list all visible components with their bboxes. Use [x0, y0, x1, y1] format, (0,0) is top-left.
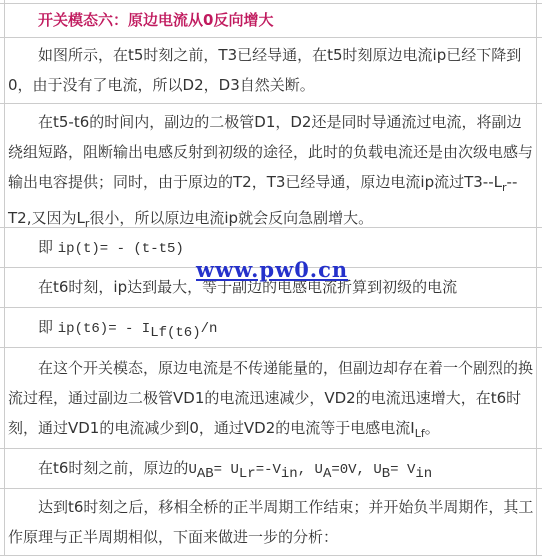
- formula-subscript: AB: [197, 466, 214, 482]
- formula-subscript: in: [415, 466, 432, 482]
- text-segment: 即: [38, 318, 58, 336]
- article-page: 开关模态六：原边电流从0反向增大 如图所示，在t5时刻之前，T3已经导通，在t5…: [0, 0, 542, 556]
- text-segment: 在t6时刻之前，原边的: [38, 459, 188, 477]
- text-segment: 很小，所以原边电流ip就会反向急剧增大。: [89, 209, 373, 227]
- text-segment: /n: [201, 321, 218, 337]
- formula-subscript: in: [281, 466, 298, 482]
- paragraph-row-2: 在t5-t6的时间内，副边的二极管D1，D2还是同时导通流过电流，将副边绕组短路…: [0, 103, 542, 227]
- text-segment: 。: [425, 419, 440, 437]
- text-segment: ip(t6)= - I: [58, 321, 150, 337]
- text-segment: = U: [214, 462, 239, 478]
- paragraph-row-4: 在这个开关模态，原边电流是不传递能量的，但副边却存在着一个剧烈的换流过程，通过副…: [0, 347, 542, 448]
- text-segment: 在这个开关模态，原边电流是不传递能量的，但副边却存在着一个剧烈的换流过程，通过副…: [8, 359, 533, 437]
- table-border-left: [4, 0, 5, 556]
- text-segment: 在t5-t6的时间内，副边的二极管D1，D2还是同时导通流过电流，将副边绕组短路…: [8, 113, 533, 191]
- paragraph-row-5: 达到t6时刻之后，移相全桥的正半周期工作结束；并开始负半周期作，其工作原理与正半…: [0, 488, 542, 556]
- text-segment: =0V, U: [331, 462, 381, 478]
- text-segment: , U: [298, 462, 323, 478]
- text-segment: 开关模态六：原边电流从0反向增大: [38, 11, 273, 29]
- formula-subscript: Lf(t6): [150, 325, 200, 341]
- formula-row-ip-t6: 即 ip(t6)= - ILf(t6)/n: [0, 307, 542, 347]
- paragraph-row-1: 如图所示，在t5时刻之前，T3已经导通，在t5时刻原边电流ip已经下降到0，由于…: [0, 37, 542, 103]
- text-segment: =-V: [256, 462, 281, 478]
- text-segment: 达到t6时刻之后，移相全桥的正半周期工作结束；并开始负半周期作，其工作原理与正半…: [8, 498, 533, 546]
- section-title: 开关模态六：原边电流从0反向增大: [0, 3, 542, 37]
- text-segment: = V: [390, 462, 415, 478]
- formula-subscript: Lf: [415, 427, 425, 440]
- formula-subscript: B: [382, 466, 390, 482]
- table-border-right: [536, 0, 537, 556]
- formula-subscript: Lr: [239, 466, 256, 482]
- watermark-text: www.pw0.cn: [196, 257, 348, 282]
- text-segment: 如图所示，在t5时刻之前，T3已经导通，在t5时刻原边电流ip已经下降到0，由于…: [8, 46, 521, 94]
- text-segment: U: [188, 462, 196, 478]
- formula-row-uab: 在t6时刻之前，原边的UAB= ULr=-Vin, UA=0V, UB= Vin: [0, 448, 542, 488]
- text-segment: ip(t)= - (t-t5): [58, 241, 184, 257]
- text-segment: 即: [38, 238, 58, 256]
